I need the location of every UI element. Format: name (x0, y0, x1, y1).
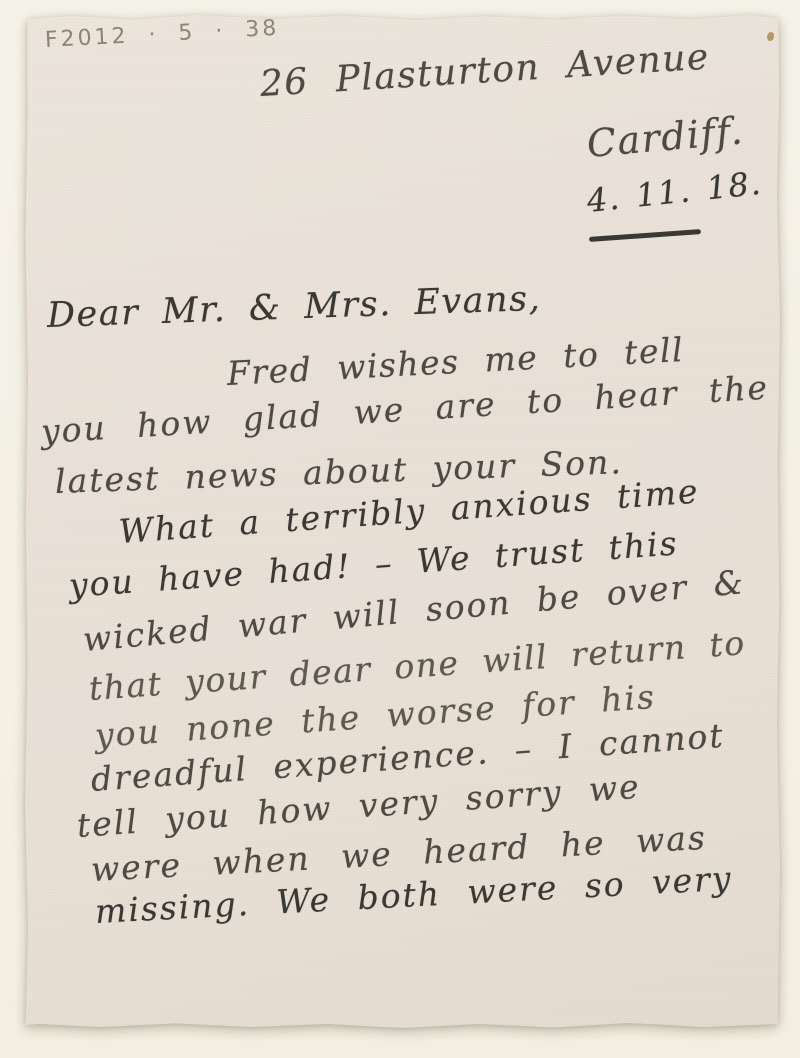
address-line-2: Cardiff. (585, 108, 745, 166)
catalog-number: F2012 · 5 · 38 (44, 16, 280, 53)
foxing-spot (767, 32, 774, 41)
address-line-1: 26 Plasturton Avenue (259, 37, 711, 105)
date-underline (589, 229, 701, 242)
letter-paper: F2012 · 5 · 38 26 Plasturton Avenue Card… (25, 14, 780, 1028)
salutation-line: Dear Mr. & Mrs. Evans, (46, 279, 541, 336)
date-line: 4. 11. 18. (585, 164, 764, 220)
letter-paper-shadow: F2012 · 5 · 38 26 Plasturton Avenue Card… (25, 14, 780, 1028)
photograph-backdrop: F2012 · 5 · 38 26 Plasturton Avenue Card… (0, 0, 800, 1058)
